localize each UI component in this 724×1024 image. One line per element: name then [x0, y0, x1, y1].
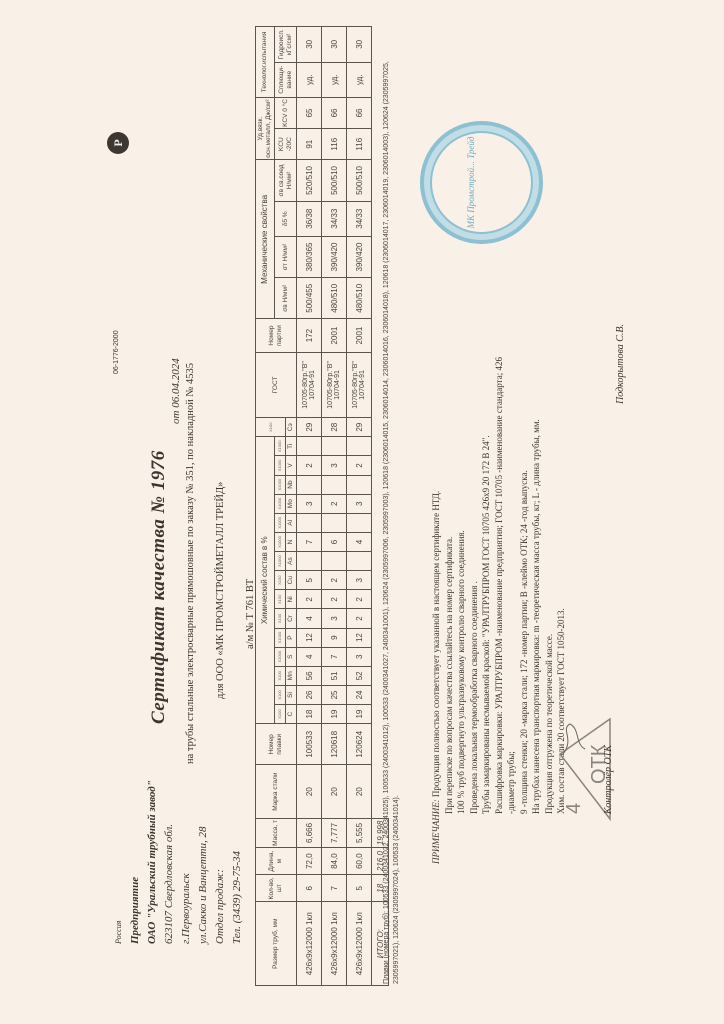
cell-chem: [347, 437, 372, 456]
chem-element-header: N: [286, 532, 297, 551]
chem-element-header: Ti: [286, 437, 297, 456]
cell-chem: [347, 513, 372, 532]
chem-scale-cell: X100: [275, 705, 286, 724]
certification-logo-icon: Р: [107, 132, 129, 154]
cell-chem: [297, 513, 322, 532]
cell-chem: 6: [322, 532, 347, 551]
cell-hydro: 30: [297, 27, 322, 63]
col-heat: Номер плавки: [256, 724, 297, 765]
chem-scale-cell: X1000: [275, 532, 286, 551]
cell-ys: 500/455: [297, 278, 322, 319]
col-weld: σв св.соед Н/мм²: [275, 160, 297, 201]
cell-batch: 2001: [347, 319, 372, 352]
col-impact: Уд.вязк. осн.металл, Дж/см²: [256, 97, 275, 159]
cell-chem: 4: [297, 647, 322, 666]
cell-kcv: 65: [297, 97, 322, 128]
cell-chem: [322, 513, 347, 532]
col-el: δ5 %: [275, 201, 297, 236]
cell-kcv: 66: [347, 97, 372, 128]
chem-scale-cell: X1000: [275, 494, 286, 513]
certificate-table: Размер труб, мм Кол-во, шт Длина, м Масс…: [255, 26, 389, 986]
cell-chem: 2: [322, 494, 347, 513]
cell-hydro: 30: [347, 27, 372, 63]
cell-chem: 29: [347, 418, 372, 437]
table-row: 426х9х12000 1кл672,06,666201005331826564…: [297, 27, 322, 986]
note-line: На трубах нанесена транспортная маркиров…: [530, 344, 543, 814]
col-gost: ГОСТ: [256, 352, 297, 417]
chem-element-header: P: [286, 628, 297, 647]
col-ce-scale: X100: [256, 418, 286, 437]
cell-chem: 28: [322, 418, 347, 437]
cell-chem: 2: [347, 609, 372, 628]
chem-element-header: Сэ: [286, 418, 297, 437]
chem-element-header: Si: [286, 685, 297, 704]
company-name: ОАО "Уральский трубный завод": [144, 780, 161, 944]
cell-el: 34/33: [347, 201, 372, 236]
country: Россия: [110, 780, 127, 944]
cell-chem: 9: [322, 628, 347, 647]
chem-element-header: Nb: [286, 475, 297, 494]
cell-chem: 3: [322, 456, 347, 475]
cell-chem: [322, 475, 347, 494]
enterprise-label: Предприятие: [127, 780, 144, 944]
cell-chem: 19: [347, 705, 372, 724]
cell-chem: [297, 552, 322, 571]
chem-element-header: C: [286, 705, 297, 724]
cell-chem: 2: [297, 456, 322, 475]
col-length: Длина, м: [256, 848, 297, 875]
cell-chem: 2: [297, 590, 322, 609]
cell-steel: 20: [297, 765, 322, 818]
cell-ys: 480/510: [322, 278, 347, 319]
controller-label: Контролёр ОТК: [603, 745, 614, 814]
cell-chem: [297, 437, 322, 456]
certificate-page: Россия Предприятие ОАО "Уральский трубны…: [0, 0, 724, 1024]
cell-size: 426х9х12000 1кл: [347, 902, 372, 986]
cell-length: 84,0: [322, 848, 347, 875]
cell-batch: 172: [297, 319, 322, 352]
cell-weld: 500/510: [322, 160, 347, 201]
note-line: При переписке по вопросам качества ссыла…: [443, 344, 456, 814]
table-row: 426х9х12000 1кл784,07,777201206181925517…: [322, 27, 347, 986]
customer-line: для ООО «МК ПРОМСТРОЙМЕТАЛЛ ТРЕЙД»: [215, 482, 226, 699]
cell-chem: 2: [347, 456, 372, 475]
cell-ts: 380/365: [297, 236, 322, 277]
note-line: Проведена локальная термообработка сварн…: [468, 344, 481, 814]
cell-chem: 3: [347, 647, 372, 666]
chem-scale-cell: X1000: [275, 647, 286, 666]
cell-gost: 10705-80гр."В" 10704-91: [322, 352, 347, 417]
cell-weld: 500/510: [347, 160, 372, 201]
note-line: Продукция отгружена по теоретической мас…: [543, 344, 556, 814]
note-line: 9 -толщина стенки; 20 -марка стали; 172 …: [518, 344, 531, 814]
cell-steel: 20: [347, 765, 372, 818]
cell-ts: 390/420: [322, 236, 347, 277]
chem-element-header: As: [286, 552, 297, 571]
chem-scale-cell: X1000: [275, 437, 286, 456]
cell-el: 34/33: [322, 201, 347, 236]
cell-ts: 390/420: [347, 236, 372, 277]
cell-size: 426х9х12000 1кл: [297, 902, 322, 986]
cell-chem: 2: [322, 571, 347, 590]
chem-scale-cell: X1000: [275, 552, 286, 571]
cell-chem: 52: [347, 666, 372, 685]
cell-chem: 18: [297, 705, 322, 724]
heat-numbers-note: Плавки (номера труб): 100533 (2400341022…: [382, 34, 402, 984]
cell-chem: 3: [347, 571, 372, 590]
cell-qty: 6: [297, 875, 322, 902]
cell-chem: 7: [322, 647, 347, 666]
address-line: 623107 Свердловская обл.: [161, 780, 178, 944]
cell-chem: 24: [347, 685, 372, 704]
address-line: г.Первоуральск: [178, 780, 195, 944]
cell-heat: 100533: [297, 724, 322, 765]
cell-kcu: 116: [347, 129, 372, 160]
chem-scale-cell: X1000: [275, 475, 286, 494]
cell-chem: 5: [297, 571, 322, 590]
cell-chem: [322, 552, 347, 571]
chem-scale-cell: X1000: [275, 513, 286, 532]
cell-kcu: 116: [322, 129, 347, 160]
gost-code: 06-1776-2000: [113, 330, 120, 374]
cell-mass: 7,777: [322, 818, 347, 847]
company-seal-icon: МК Промстрой... Трейд: [420, 121, 543, 244]
note-line: 100 % труб подвергнуто ультразвуковому к…: [455, 344, 468, 814]
cell-flatten: уд.: [322, 62, 347, 97]
chem-element-header: S: [286, 647, 297, 666]
cell-kcu: 91: [297, 129, 322, 160]
cell-kcv: 66: [322, 97, 347, 128]
col-steel: Марка стали: [256, 765, 297, 818]
chem-scale-cell: X100: [275, 685, 286, 704]
cell-chem: [347, 475, 372, 494]
col-mass: Масса, т: [256, 818, 297, 847]
cell-chem: 19: [322, 705, 347, 724]
cell-chem: 3: [297, 494, 322, 513]
note-line: ПРИМЕЧАНИЕ: Продукция полностью соответс…: [430, 344, 443, 864]
cell-qty: 7: [322, 875, 347, 902]
cell-ys: 480/510: [347, 278, 372, 319]
chem-element-header: Cr: [286, 609, 297, 628]
cell-chem: 4: [297, 609, 322, 628]
chem-element-header: Cu: [286, 571, 297, 590]
signer-name: Подкорытова С.В.: [615, 324, 626, 404]
cell-chem: 12: [347, 628, 372, 647]
cell-chem: 29: [297, 418, 322, 437]
col-ys: σв Н/мм²: [275, 278, 297, 319]
cell-chem: 4: [347, 532, 372, 551]
cell-batch: 2001: [322, 319, 347, 352]
cell-chem: 56: [297, 666, 322, 685]
cell-mass: 6,666: [297, 818, 322, 847]
phone: Тел. (3439) 29-75-34: [229, 780, 246, 944]
chem-scale-cell: X100: [275, 666, 286, 685]
cell-flatten: уд.: [347, 62, 372, 97]
col-flatten: Сплющи-вание: [275, 62, 297, 97]
cell-chem: [347, 552, 372, 571]
cell-steel: 20: [322, 765, 347, 818]
col-ts: σт Н/мм²: [275, 236, 297, 277]
cell-chem: 25: [322, 685, 347, 704]
notes-block: ПРИМЕЧАНИЕ: Продукция полностью соответс…: [430, 344, 568, 864]
cell-chem: 2: [347, 590, 372, 609]
chem-element-header: Mo: [286, 494, 297, 513]
note-line: Расшифровка маркировки: УРАЛТРУБПРОМ -на…: [493, 344, 518, 814]
cell-heat: 120624: [347, 724, 372, 765]
certificate-date: от 06.04.2024: [170, 358, 182, 424]
chem-element-header: Al: [286, 513, 297, 532]
cell-chem: 7: [297, 532, 322, 551]
cell-gost: 10705-80гр."В" 10704-91: [297, 352, 322, 417]
chem-scale-cell: X100: [275, 609, 286, 628]
cell-chem: 51: [322, 666, 347, 685]
cell-weld: 520/510: [297, 160, 322, 201]
cell-qty: 5: [347, 875, 372, 902]
cell-hydro: 30: [322, 27, 347, 63]
chem-element-header: V: [286, 456, 297, 475]
svg-text:4: 4: [563, 803, 585, 814]
col-size: Размер труб, мм: [256, 902, 297, 986]
cell-chem: 12: [297, 628, 322, 647]
cell-mass: 5,555: [347, 818, 372, 847]
cell-size: 426х9х12000 1кл: [322, 902, 347, 986]
col-batch: Номер партии: [256, 319, 297, 352]
table-row: 426х9х12000 1кл560,05,555201206241924523…: [347, 27, 372, 986]
cell-chem: [297, 475, 322, 494]
cell-chem: 3: [322, 609, 347, 628]
order-line: на трубы стальные электросварные прямошо…: [185, 363, 196, 764]
col-kcv: KCV 0 °С: [275, 97, 297, 128]
cell-chem: 3: [347, 494, 372, 513]
chem-scale-cell: X100: [275, 590, 286, 609]
col-kcu: KCU -20С: [275, 129, 297, 160]
company-header: Россия Предприятие ОАО "Уральский трубны…: [110, 780, 246, 944]
cell-gost: 10705-80гр."В" 10704-91: [347, 352, 372, 417]
col-qty: Кол-во, шт: [256, 875, 297, 902]
chem-scale-cell: X100: [275, 571, 286, 590]
col-chem: Химический состав в %: [256, 437, 275, 724]
col-hydro: Гидроисп. кГс/см²: [275, 27, 297, 63]
address-line: ул.Сакко и Ванцетти, 28: [195, 780, 212, 944]
col-tech: Технолог.испытания: [256, 27, 275, 98]
chem-element-header: Mn: [286, 666, 297, 685]
sales-dept: Отдел продаж:: [212, 780, 229, 944]
cell-el: 36/38: [297, 201, 322, 236]
chem-element-header: Ni: [286, 590, 297, 609]
cell-chem: 2: [322, 590, 347, 609]
chem-scale-cell: X1000: [275, 628, 286, 647]
cell-flatten: уд.: [297, 62, 322, 97]
note-line: Трубы замаркированы несмываемой краской:…: [480, 344, 493, 814]
cell-length: 60,0: [347, 848, 372, 875]
col-mech: Механические свойства: [256, 160, 275, 319]
cell-chem: [322, 437, 347, 456]
certificate-title: Сертификат качества № 1976: [148, 450, 170, 724]
cell-chem: 26: [297, 685, 322, 704]
cell-heat: 120618: [322, 724, 347, 765]
cell-length: 72,0: [297, 848, 322, 875]
chem-scale-cell: X1000: [275, 456, 286, 475]
